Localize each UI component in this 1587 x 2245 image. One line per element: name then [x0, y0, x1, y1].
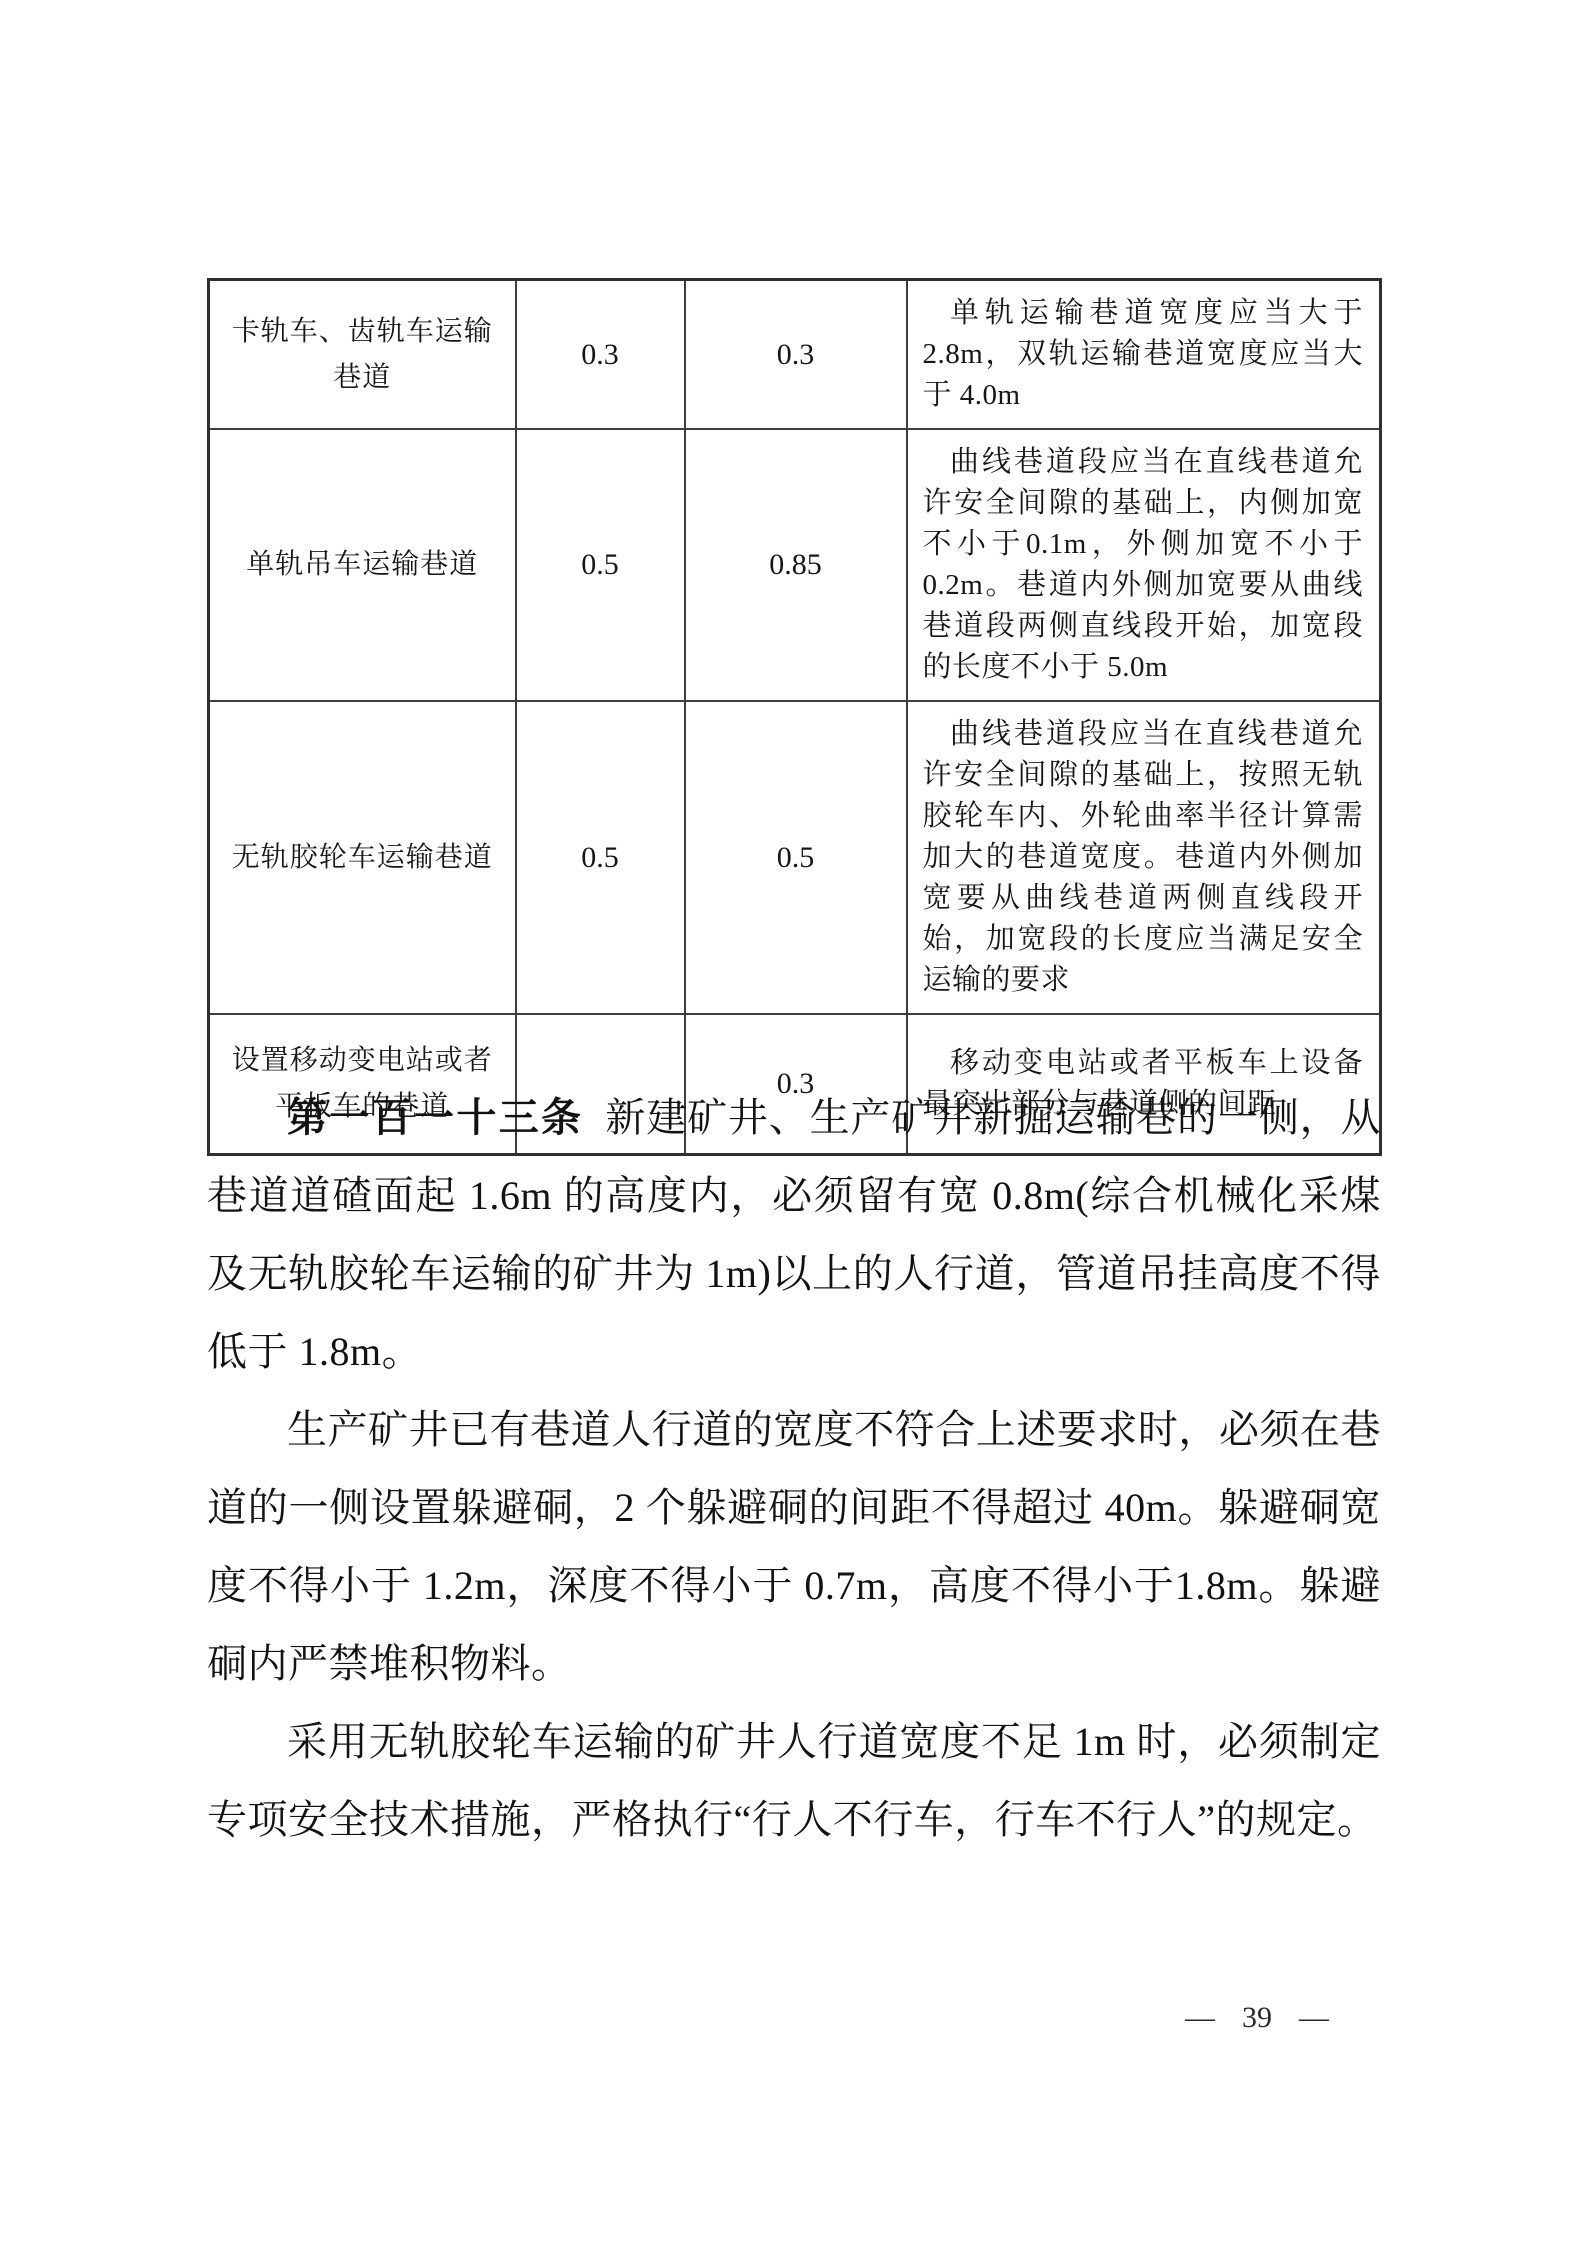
document-page: 卡轨车、齿轨车运输巷道 0.3 0.3 单轨运输巷道宽度应当大于2.8m，双轨运… [0, 0, 1587, 2245]
clearance-table: 卡轨车、齿轨车运输巷道 0.3 0.3 单轨运输巷道宽度应当大于2.8m，双轨运… [207, 278, 1382, 1156]
article-113-paragraph-3: 采用无轨胶轮车运输的矿井人行道宽度不足 1m 时，必须制定专项安全技术措施，严格… [207, 1703, 1381, 1859]
clearance-value-b-cell: 0.85 [685, 429, 907, 701]
table-row: 卡轨车、齿轨车运输巷道 0.3 0.3 单轨运输巷道宽度应当大于2.8m，双轨运… [209, 280, 1381, 430]
article-113-paragraph-1: 第一百一十三条新建矿井、生产矿井新掘运输巷的一侧，从巷道道碴面起 1.6m 的高… [207, 1079, 1381, 1391]
page-number-left-dash: — [1185, 2001, 1215, 2035]
clearance-value-b-cell: 0.3 [685, 280, 907, 430]
page-number-value: 39 [1242, 2001, 1272, 2035]
roadway-type-cell: 卡轨车、齿轨车运输巷道 [209, 280, 516, 430]
note-cell: 曲线巷道段应当在直线巷道允许安全间隙的基础上，按照无轨胶轮车内、外轮曲率半径计算… [907, 701, 1381, 1014]
note-cell: 曲线巷道段应当在直线巷道允许安全间隙的基础上，内侧加宽不小于0.1m，外侧加宽不… [907, 429, 1381, 701]
clearance-value-a-cell: 0.5 [516, 701, 685, 1014]
roadway-type-cell: 单轨吊车运输巷道 [209, 429, 516, 701]
clearance-value-a-cell: 0.3 [516, 280, 685, 430]
table-row: 单轨吊车运输巷道 0.5 0.85 曲线巷道段应当在直线巷道允许安全间隙的基础上… [209, 429, 1381, 701]
clearance-value-a-cell: 0.5 [516, 429, 685, 701]
article-113-number: 第一百一十三条 [287, 1096, 583, 1140]
clearance-value-b-cell: 0.5 [685, 701, 907, 1014]
page-number: — 39 — [1157, 1996, 1357, 2040]
page-number-right-dash: — [1299, 2001, 1329, 2035]
article-113-paragraph-2: 生产矿井已有巷道人行道的宽度不符合上述要求时，必须在巷道的一侧设置躲避硐，2 个… [207, 1391, 1381, 1703]
table-row: 无轨胶轮车运输巷道 0.5 0.5 曲线巷道段应当在直线巷道允许安全间隙的基础上… [209, 701, 1381, 1014]
note-cell: 单轨运输巷道宽度应当大于2.8m，双轨运输巷道宽度应当大于 4.0m [907, 280, 1381, 430]
roadway-type-cell: 无轨胶轮车运输巷道 [209, 701, 516, 1014]
article-113-body: 第一百一十三条新建矿井、生产矿井新掘运输巷的一侧，从巷道道碴面起 1.6m 的高… [207, 1079, 1381, 1859]
